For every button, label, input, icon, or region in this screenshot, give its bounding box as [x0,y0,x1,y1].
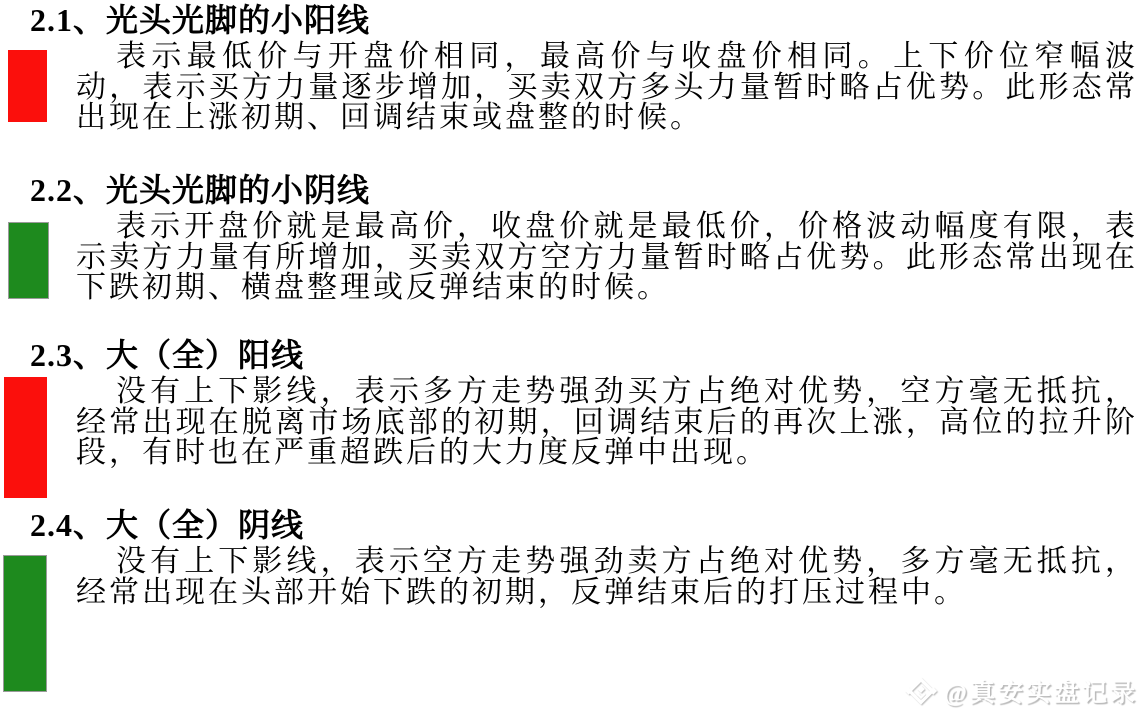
slide: 2.1、光头光脚的小阳线 表示最低价与开盘价相同，最高价与收盘价相同。上下价位窄… [0,0,1144,717]
section-large-bearish-line: 2.4、大（全）阴线 没有上下影线，表示空方走势强劲卖方占绝对优势，多方毫无抵抗… [0,507,1144,608]
section-small-bullish-line: 2.1、光头光脚的小阳线 表示最低价与开盘价相同，最高价与收盘价相同。上下价位窄… [0,2,1144,134]
section-description: 表示最低价与开盘价相同，最高价与收盘价相同。上下价位窄幅波动，表示买方力量逐步增… [76,42,1138,134]
section-title: 2.2、光头光脚的小阴线 [30,172,1144,209]
section-small-bearish-line: 2.2、光头光脚的小阴线 表示开盘价就是最高价，收盘价就是最低价，价格波动幅度有… [0,172,1144,304]
watermark-text: @真安实盘记录 [944,673,1138,709]
section-description: 表示开盘价就是最高价，收盘价就是最低价，价格波动幅度有限，表示卖方力量有所增加，… [76,212,1138,304]
section-title: 2.4、大（全）阴线 [30,507,1144,544]
section-title: 2.1、光头光脚的小阳线 [30,2,1144,39]
diamond-logo-icon [904,674,938,708]
section-description: 没有上下影线，表示多方走势强劲买方占绝对优势，空方毫无抵抗，经常出现在脱离市场底… [76,377,1138,469]
section-title: 2.3、大（全）阳线 [30,337,1144,374]
section-description: 没有上下影线，表示空方走势强劲卖方占绝对优势，多方毫无抵抗，经常出现在头部开始下… [76,547,1138,608]
section-large-bullish-line: 2.3、大（全）阳线 没有上下影线，表示多方走势强劲买方占绝对优势，空方毫无抵抗… [0,337,1144,469]
watermark: @真安实盘记录 [904,673,1138,709]
